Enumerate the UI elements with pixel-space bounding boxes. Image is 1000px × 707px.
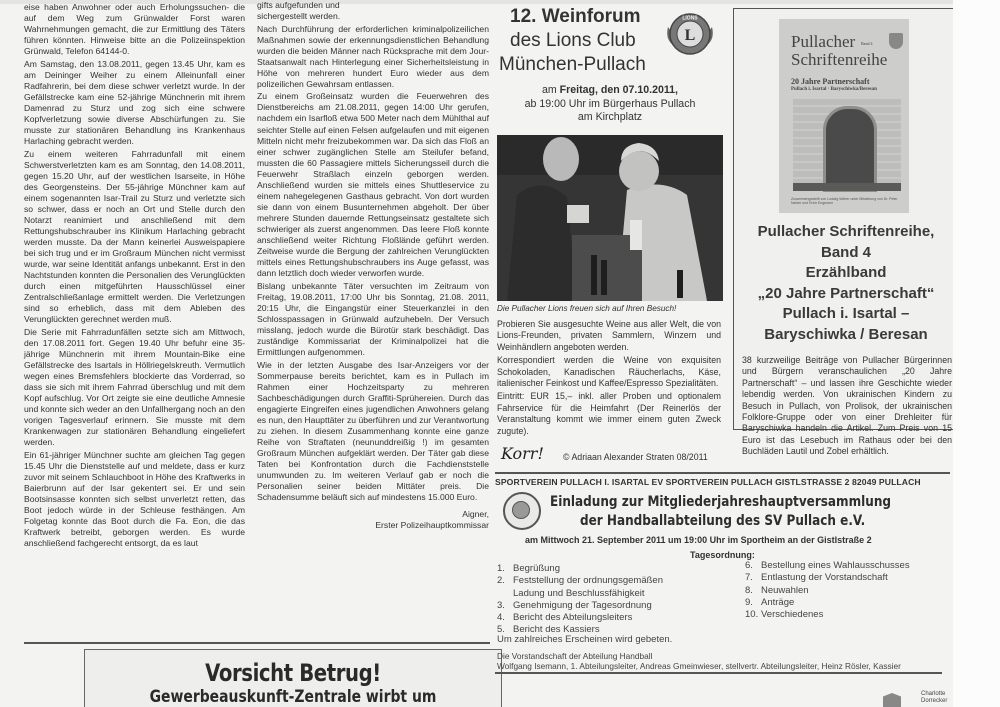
handwritten-correction-note: Korr! [501, 444, 544, 463]
meeting-date-location: am Mittwoch 21. September 2011 um 19:00 … [525, 535, 872, 545]
agenda-list-left: 1.Begrüßung 2.Feststellung der ordnungsg… [497, 563, 747, 637]
event-place: am Kirchplatz [495, 111, 725, 125]
paragraph: Wie in der letzten Ausgabe des Isar-Anze… [257, 360, 489, 504]
fraud-warning-headline: Vorsicht Betrug! [122, 659, 463, 687]
schriftenreihe-description: 38 kurzweilige Beiträge von Pullacher Bü… [742, 355, 952, 458]
police-report-column-1-clip: eise haben Anwohner oder auch Erholungss… [0, 0, 245, 640]
agenda-item: 6.Bestellung eines Wahlausschusses [745, 560, 955, 572]
agenda-item: 10.Verschiedenes [745, 609, 955, 621]
lions-event-photo [497, 135, 723, 301]
agenda-item: 4.Bericht des Abteilungsleiters [497, 612, 747, 624]
board-members: Wolfgang Isemann, 1. Abteilungsleiter, A… [497, 661, 901, 671]
cover-subtitle2: Pullach i. Isartal · Baryschiwka/Beresan [791, 87, 877, 92]
paragraph: Am Samstag, den 13.08.2011, gegen 13.45 … [24, 59, 245, 147]
cover-title-line2: Schriftenreihe [791, 50, 887, 70]
cover-window-illustration [793, 99, 901, 191]
event-time-venue: ab 19:00 Uhr im Bürgerhaus Pullach [495, 98, 725, 112]
corner-ad: Charlotte Dorrecker [883, 691, 1000, 707]
lions-club-logo-icon: L LIONS [665, 9, 715, 59]
lions-title-line3: München-Pullach [499, 54, 646, 76]
invitation-subtitle: der Handballabteilung des SV Pullach e.V… [580, 513, 865, 529]
cover-subtitle: 20 Jahre Partnerschaft [791, 77, 870, 86]
event-date-location: am Freitag, den 07.10.2011, ab 19:00 Uhr… [495, 84, 725, 125]
fraud-warning-subheadline: Gewerbeauskunft-Zentrale wirbt um [122, 687, 463, 707]
board-heading: Die Vorstandschaft der Abteilung Handbal… [497, 651, 652, 661]
invitation-title: Einladung zur Mitgliederjahreshauptversa… [550, 494, 891, 510]
police-report-column-2: gifts aufgefunden und sichergestellt wer… [257, 0, 489, 531]
agenda-item: 2.Feststellung der ordnungsgemäßen [497, 575, 747, 587]
pullach-crest-icon [889, 33, 903, 49]
cover-credits: Zusammengestellt von Ludwig Weber unter … [791, 197, 901, 205]
police-report-column-1: eise haben Anwohner oder auch Erholungss… [24, 2, 245, 551]
paragraph: gifts aufgefunden und sichergestellt wer… [257, 0, 377, 22]
paragraph: Ein 61-jähriger Münchner suchte am gleic… [24, 450, 245, 549]
building-logo-icon [883, 693, 901, 707]
lions-weinforum-ad: 12. Weinforum des Lions Club München-Pul… [495, 0, 725, 470]
agenda-item: 9.Anträge [745, 597, 955, 609]
signature-title: Erster Polizeihauptkommissar [257, 520, 489, 531]
attendance-request: Um zahlreiches Erscheinen wird gebeten. [497, 634, 672, 645]
fraud-warning-box: Vorsicht Betrug! Gewerbeauskunft-Zentral… [84, 649, 502, 707]
schriftenreihe-heading: Pullacher Schriftenreihe, Band 4 Erzählb… [734, 222, 958, 345]
agenda-item-continuation: Ladung und Beschlussfähigkeit [497, 588, 747, 600]
agenda-item: 7.Entlastung der Vorstandschaft [745, 572, 955, 584]
photo-caption: Die Pullacher Lions freuen sich auf Ihre… [497, 304, 676, 313]
agenda-item: 3.Genehmigung der Tagesordnung [497, 600, 747, 612]
section-divider [24, 642, 490, 644]
agenda-item: 1.Begrüßung [497, 563, 747, 575]
page-right-margin [953, 0, 1000, 707]
paragraph: eise haben Anwohner oder auch Erholungss… [24, 2, 245, 57]
paragraph: Korrespondiert werden die Weine von exqu… [497, 355, 721, 389]
photo-copyright: © Adriaan Alexander Straten 08/2011 [563, 452, 708, 462]
svg-text:LIONS: LIONS [682, 16, 698, 22]
schriftenreihe-ad: Pullacher Band 4 Schriftenreihe 20 Jahre… [733, 8, 959, 430]
paragraph: Probieren Sie ausgesuchte Weine aus alle… [497, 319, 721, 353]
svg-text:L: L [685, 27, 696, 44]
paragraph: Bislang unbekannte Täter versuchten im Z… [257, 281, 489, 358]
signature-name: Aigner, [257, 509, 489, 520]
lions-ad-body: Probieren Sie ausgesuchte Weine aus alle… [497, 319, 721, 439]
cover-band-label: Band 4 [861, 41, 872, 46]
book-cover-image: Pullacher Band 4 Schriftenreihe 20 Jahre… [779, 19, 909, 213]
sportverein-emblem-icon [503, 492, 541, 530]
paragraph: Nach Durchführung der erforderlichen kri… [257, 24, 489, 90]
paragraph: Eintritt: EUR 15,– inkl. aller Proben un… [497, 391, 721, 437]
lions-title-line2: des Lions Club [510, 30, 636, 52]
section-divider [495, 672, 942, 674]
paragraph: Zu einem Großeinsatz wurden die Feuerweh… [257, 91, 489, 279]
agenda-item: 8.Neuwahlen [745, 585, 955, 597]
lions-title: 12. Weinforum [510, 6, 641, 28]
sportverein-address-bar: SPORTVEREIN PULLACH I. ISARTAL EV SPORTV… [495, 477, 960, 487]
cover-title-line1: Pullacher [791, 32, 855, 52]
agenda-list-right: 6.Bestellung eines Wahlausschusses 7.Ent… [745, 560, 955, 621]
event-date: Freitag, den 07.10.2011, [560, 84, 678, 96]
paragraph: Zu einem weiteren Fahrradunfall mit eine… [24, 149, 245, 326]
agenda-label: Tagesordnung: [690, 550, 755, 560]
paragraph: Die Serie mit Fahrradunfällen setzte sic… [24, 327, 245, 449]
sportverein-invitation: SPORTVEREIN PULLACH I. ISARTAL EV SPORTV… [495, 474, 960, 707]
